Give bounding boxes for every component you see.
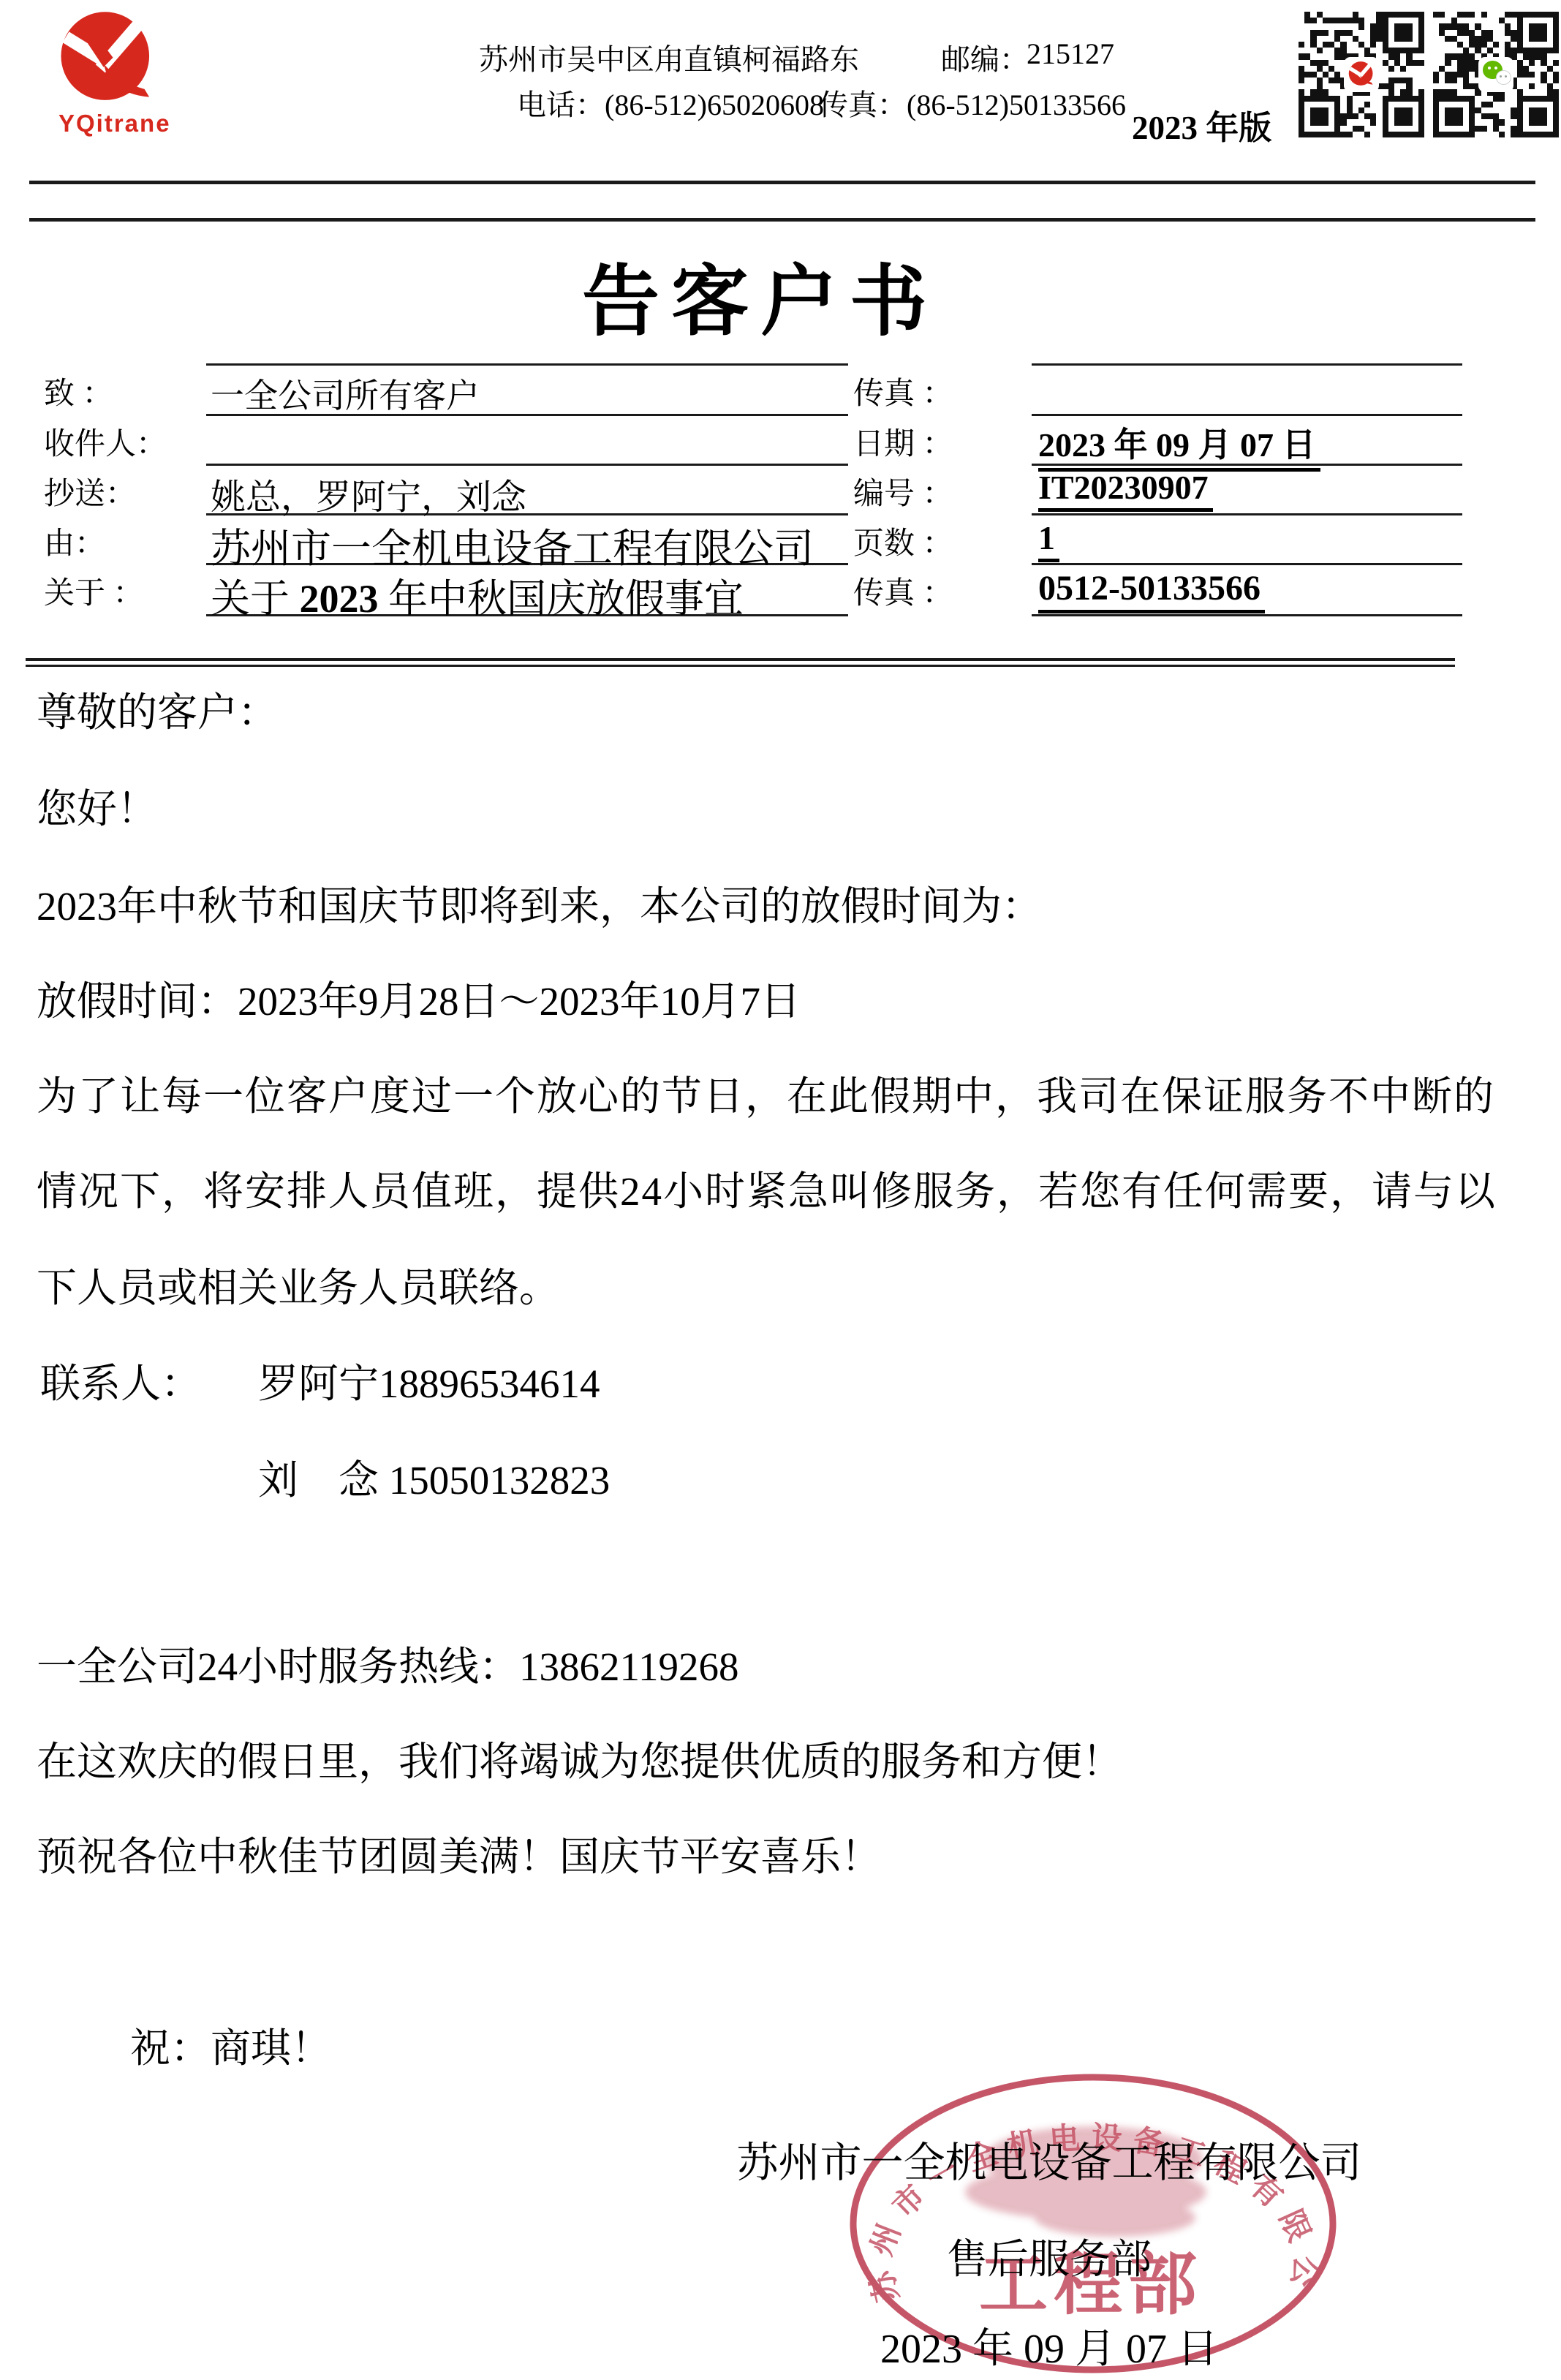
field-label-ref-no: 编号 ： [853, 469, 953, 513]
field-label-fax-top: 传真 ： [853, 369, 953, 413]
body-greeting: 您好！ [37, 786, 157, 832]
postcode-label: 邮编： [941, 37, 1029, 78]
pages-underlined: 1 [1038, 518, 1059, 562]
field-label-pages: 页数 ： [853, 519, 953, 563]
field-label-fax-bottom: 传真 ： [853, 569, 953, 613]
form-line [1032, 414, 1462, 416]
wish-line: 祝：商琪！ [130, 2025, 331, 2071]
qr-center-wechat-icon [1478, 57, 1513, 92]
field-label-subject: 关于 ： [44, 569, 144, 613]
footer-department: 售后服务部 [684, 2227, 1415, 2286]
footer-date: 2023 年 09 月 07 日 [684, 2316, 1415, 2375]
postcode-value: 215127 [1027, 37, 1114, 71]
contact-2: 刘 念 15050132823 [258, 1457, 610, 1503]
field-value-fax-bottom: 0512-50133566 [1038, 568, 1265, 613]
wechat-bubble-small [1496, 70, 1511, 85]
qr-center-yqitrane-logo-icon [1344, 57, 1379, 92]
header-address: 苏州市吴中区甪直镇柯福路东 [479, 37, 859, 78]
field-value-ref-no: IT20230907 [1038, 468, 1213, 512]
form-line [1032, 363, 1462, 366]
yqitrane-logo-icon [56, 9, 159, 111]
fax-underlined: 0512-50133566 [1038, 568, 1265, 613]
field-label-recipient: 收件人： [44, 420, 167, 464]
subject-prefix: 关于 [211, 577, 300, 621]
form-line [1032, 513, 1462, 515]
field-value-from: 苏州市一全机电设备工程有限公司 [211, 516, 814, 574]
section-rule-top [26, 658, 1455, 661]
wechat-qr-code [1433, 12, 1559, 137]
field-value-to: 一全公司所有客户 [211, 369, 480, 418]
form-line [1032, 614, 1462, 616]
edition-label: 2023 年版 [1132, 101, 1271, 148]
field-label-cc: 抄送： [44, 469, 136, 513]
field-value-subject: 关于 2023 年中秋国庆放假事宜 [211, 567, 744, 624]
contact-1: 罗阿宁18896534614 [258, 1361, 600, 1407]
hotline-line: 一全公司24小时服务热线：13862119268 [37, 1644, 738, 1690]
field-value-pages: 1 [1038, 518, 1059, 562]
field-label-date: 日期 ： [853, 420, 953, 464]
header-phone: 电话：(86-512)65020608 [517, 82, 824, 124]
body-line-2: 放假时间：2023年9月28日～2023年10月7日 [37, 978, 801, 1024]
field-value-date: 2023 年 09 月 07 日 [1038, 418, 1320, 472]
subject-suffix: 年中秋国庆放假事宜 [379, 577, 744, 621]
body-salutation: 尊敬的客户： [37, 690, 278, 736]
contact-label: 联系人： [40, 1361, 201, 1407]
document-page: YQitrane 苏州市吴中区甪直镇柯福路东 邮编： 215127 电话：(86… [0, 0, 1561, 2380]
closing-line-2: 预祝各位中秋佳节团圆美满！国庆节平安喜乐！ [37, 1834, 881, 1880]
ref-no-underlined: IT20230907 [1038, 468, 1213, 512]
logo-wordmark: YQitrane [58, 110, 190, 137]
footer-company: 苏州市一全机电设备工程有限公司 [684, 2129, 1415, 2189]
date-underlined: 2023 年 09 月 07 日 [1038, 418, 1320, 472]
field-label-from: 由： [44, 519, 105, 563]
form-line [1032, 563, 1462, 565]
subject-year: 2023 [300, 577, 379, 621]
form-line [206, 363, 848, 366]
body-line-3: 为了让每一位客户度过一个放心的节日，在此假期中，我司在保证服务不中断的 [37, 1073, 1495, 1119]
company-qr-code [1299, 12, 1424, 137]
form-line [206, 464, 848, 466]
field-value-cc: 姚总，罗阿宁，刘念 [211, 469, 526, 519]
page-title: 告客户书 [0, 240, 1521, 351]
body-line-4: 情况下，将安排人员值班，提供24小时紧急叫修服务，若您有任何需要，请与以 [37, 1168, 1497, 1214]
body-line-5: 下人员或相关业务人员联络。 [37, 1265, 559, 1311]
section-rule-bottom [26, 665, 1455, 667]
header-fax: 传真：(86-512)50133566 [819, 82, 1126, 124]
body-line-1: 2023年中秋节和国庆节即将到来，本公司的放假时间为： [37, 883, 1042, 929]
closing-line-1: 在这欢庆的假日里，我们将竭诚为您提供优质的服务和方便！ [37, 1739, 1122, 1785]
header-rule-2 [29, 218, 1535, 222]
header-rule-1 [29, 181, 1535, 184]
field-label-to: 致 ： [44, 369, 113, 413]
